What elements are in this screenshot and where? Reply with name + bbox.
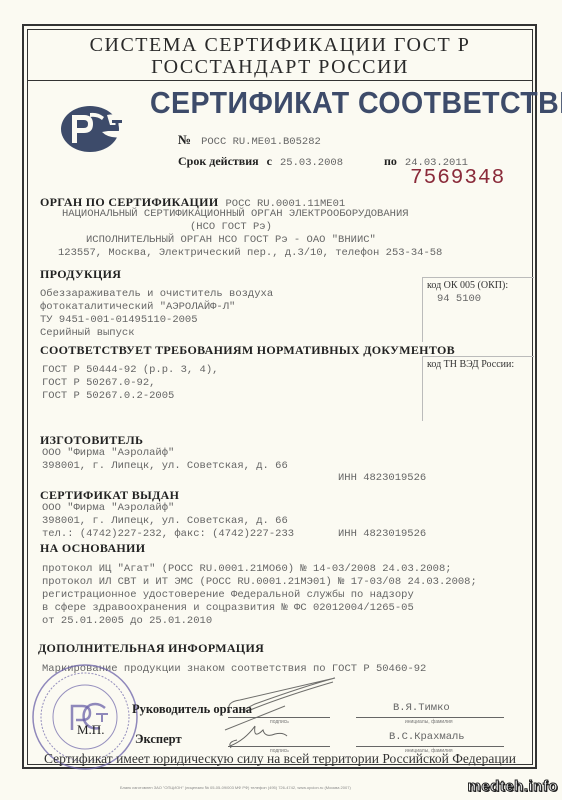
certification-body-line: ИСПОЛНИТЕЛЬНЫЙ ОРГАН НСО ГОСТ Рэ - ОАО "… <box>86 234 376 246</box>
product-line: ТУ 9451-001-01495110-2005 <box>40 314 198 326</box>
legal-validity-text: Сертификат имеет юридическую силу на все… <box>28 751 532 767</box>
compliance-label: СООТВЕТСТВУЕТ ТРЕБОВАНИЯМ НОРМАТИВНЫХ ДО… <box>40 343 455 358</box>
number-label: № <box>178 132 191 147</box>
validity-row: Срок действия с 25.03.2008 <box>178 152 343 170</box>
header-divider <box>28 80 532 81</box>
head-name-line <box>356 717 504 718</box>
issued-to-label: СЕРТИФИКАТ ВЫДАН <box>40 488 179 503</box>
expert-name: В.С.Крахмаль <box>389 731 465 743</box>
certification-body-line: НАЦИОНАЛЬНЫЙ СЕРТИФИКАЦИОННЫЙ ОРГАН ЭЛЕК… <box>62 208 409 220</box>
issued-to-address: 398001, г. Липецк, ул. Советская, д. 66 <box>42 515 288 527</box>
system-title: СИСТЕМА СЕРТИФИКАЦИИ ГОСТ Р <box>28 33 532 57</box>
manufacturer-inn: ИНН 4823019526 <box>338 472 426 484</box>
basis-line: в сфере здравоохранения и соцразвития № … <box>42 602 414 614</box>
basis-line: регистрационное удостоверение Федерально… <box>42 589 414 601</box>
standard-line: ГОСТ Р 50267.0.2-2005 <box>42 390 174 402</box>
product-line: Серийный выпуск <box>40 327 135 339</box>
rst-gost-logo-icon <box>60 103 130 155</box>
certification-body-line: (НСО ГОСТ Рэ) <box>190 221 272 233</box>
okp-code-value: 94 5100 <box>423 293 534 305</box>
product-label: ПРОДУКЦИЯ <box>40 267 121 282</box>
certification-body-address: 123557, Москва, Электрический пер., д.3/… <box>58 247 442 259</box>
stamp-place-label: М.П. <box>77 722 104 738</box>
valid-from-date: 25.03.2008 <box>280 157 343 169</box>
manufacturer-line: ООО "Фирма "Аэролайф" <box>42 447 174 459</box>
expert-name-line <box>356 746 504 747</box>
issued-to-phone: тел.: (4742)227-232, факс: (4742)227-233 <box>42 528 294 540</box>
printer-info: Бланк изготовлен ЗАО "ОПЦИОН" (лицензия … <box>120 785 351 790</box>
agency-title: ГОССТАНДАРТ РОССИИ <box>28 55 532 79</box>
from-label: с <box>267 154 272 168</box>
certificate-number-row: № РОСС RU.МЕ01.В05282 <box>178 131 321 149</box>
certification-body-label: ОРГАН ПО СЕРТИФИКАЦИИ <box>40 195 218 209</box>
tnved-code-box: код ТН ВЭД России: <box>422 356 534 421</box>
basis-line: от 25.01.2005 до 25.01.2010 <box>42 615 212 627</box>
product-line: Обеззараживатель и очиститель воздуха <box>40 288 273 300</box>
basis-line: протокол ИЦ "Агат" (РОСС RU.0001.21МО60)… <box>42 563 452 575</box>
expert-label: Эксперт <box>135 732 182 747</box>
additional-info-label: ДОПОЛНИТЕЛЬНАЯ ИНФОРМАЦИЯ <box>38 641 264 656</box>
certificate-title: СЕРТИФИКАТ СООТВЕТСТВИЯ <box>150 85 562 121</box>
basis-line: протокол ИЛ СВТ и ИТ ЭМС (РОСС RU.0001.2… <box>42 576 477 588</box>
manufacturer-address: 398001, г. Липецк, ул. Советская, д. 66 <box>42 460 288 472</box>
manufacturer-label: ИЗГОТОВИТЕЛЬ <box>40 433 143 448</box>
expert-signature-line <box>228 746 330 747</box>
watermark: medteh.info <box>468 778 559 795</box>
to-label: по <box>384 154 397 168</box>
blank-serial-number: 7569348 <box>410 167 505 190</box>
product-line: фотокаталитический "АЭРОЛАЙФ-Л" <box>40 301 235 313</box>
basis-label: НА ОСНОВАНИИ <box>40 541 145 556</box>
tnved-code-label: код ТН ВЭД России: <box>423 357 534 372</box>
head-name-caption: инициалы, фамилия <box>405 719 453 725</box>
certificate-number: РОСС RU.МЕ01.В05282 <box>201 136 321 148</box>
standard-line: ГОСТ Р 50444-92 (р.р. 3, 4), <box>42 364 218 376</box>
validity-label: Срок действия <box>178 154 259 168</box>
standard-line: ГОСТ Р 50267.0-92, <box>42 377 155 389</box>
okp-code-box: код ОК 005 (ОКП): 94 5100 <box>422 277 534 342</box>
head-signature-line <box>228 717 330 718</box>
head-name: В.Я.Тимко <box>393 702 450 714</box>
okp-code-label: код ОК 005 (ОКП): <box>423 278 534 293</box>
issued-to-line: ООО "Фирма "Аэролайф" <box>42 502 174 514</box>
issued-to-inn: ИНН 4823019526 <box>338 528 426 540</box>
